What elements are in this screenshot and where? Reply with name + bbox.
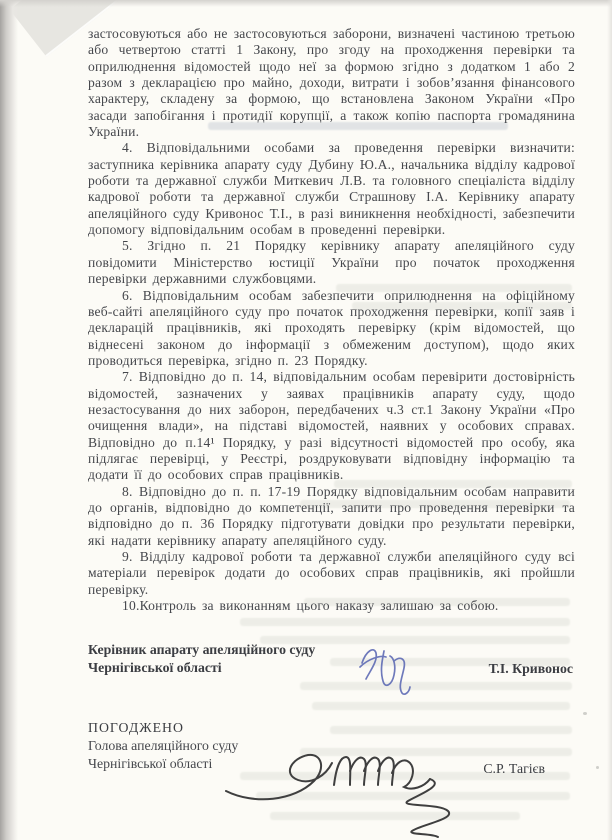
scan-edge-right <box>607 0 612 840</box>
signature-block-kryvonos: Керівник апарату апеляційного суду Черні… <box>88 641 575 677</box>
scan-speckle <box>596 766 599 769</box>
paragraph-item-5: 5. Згідно п. 21 Порядку керівнику апарат… <box>88 238 575 287</box>
handwritten-signature-kryvonos <box>350 643 422 701</box>
paragraph-item-10: 10.Контроль за виконанням цього наказу з… <box>88 598 575 614</box>
paragraph-item-4: 4. Відповідальними особами за проведення… <box>88 140 575 238</box>
scan-edge-top <box>0 0 612 7</box>
handwritten-signature-tahiiev <box>220 727 480 839</box>
scan-edge-left <box>0 0 18 840</box>
bleed-through-artifact <box>312 702 570 710</box>
paragraph-item-7: 7. Відповідно до п. 14, відповідальним о… <box>88 369 575 483</box>
paragraph-item-6: 6. Відповідальним особам забезпечити опр… <box>88 288 575 370</box>
scanned-document-page: застосовуються або не застосовуються заб… <box>0 0 612 840</box>
signatory-name: Т.І. Кривонос <box>489 660 573 678</box>
scan-speckle <box>583 712 587 715</box>
bleed-through-artifact <box>240 618 570 626</box>
paragraph-item-9: 9. Відділу кадрової роботи та державної … <box>88 549 575 598</box>
approver-name: С.Р. Тагієв <box>483 760 545 778</box>
signatory-role-line1: Керівник апарату апеляційного суду <box>88 641 575 659</box>
paragraph-continuation: застосовуються або не застосовуються заб… <box>88 26 575 140</box>
paragraph-item-8: 8. Відповідно до п. п. 17-19 Порядку від… <box>88 484 575 549</box>
approval-block-tahiiev: ПОГОДЖЕНО Голова апеляційного суду Черні… <box>88 719 575 773</box>
document-body: застосовуються або не застосовуються заб… <box>88 26 575 614</box>
bleed-through-artifact <box>300 682 572 690</box>
